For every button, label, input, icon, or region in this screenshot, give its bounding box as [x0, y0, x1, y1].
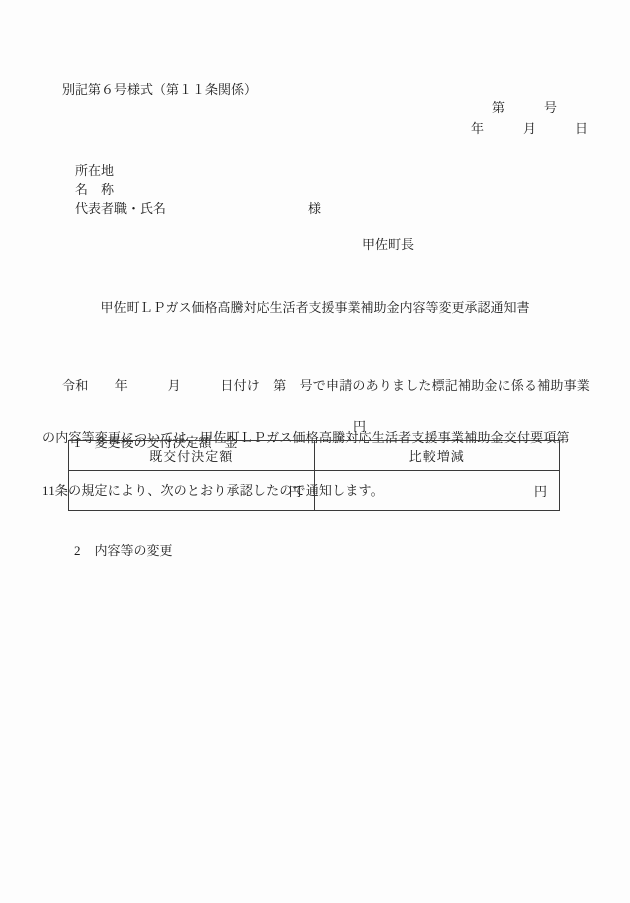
header-previous-grant-amount: 既交付決定額: [69, 441, 315, 471]
item-2-number: 2: [74, 543, 81, 558]
document-page: 別記第６号様式（第１１条関係） 第 号 年 月 日 所在地 名 称 代表者職・氏…: [0, 0, 630, 903]
amount-table: 既交付決定額 比較増減 円 円: [68, 440, 560, 511]
form-number: 別記第６号様式（第１１条関係）: [62, 82, 257, 98]
recipient-name-label: 名 称: [75, 182, 114, 198]
body-line-1: 令和 年 月 日付け 第 号で申請のありました標記補助金に係る補助事業: [42, 376, 594, 396]
header-comparison-change: 比較増減: [314, 441, 560, 471]
amount-table-header-row: 既交付決定額 比較増減: [69, 441, 560, 471]
item-2-line: 2内容等の変更: [61, 527, 173, 576]
item-1-unit-yen: 円: [353, 419, 366, 435]
recipient-address-label: 所在地: [75, 163, 114, 179]
sender-mayor: 甲佐町長: [362, 237, 414, 253]
recipient-representative-label: 代表者職・氏名: [75, 201, 166, 217]
cell-comparison-yen: 円: [314, 471, 560, 511]
cell-previous-grant-yen: 円: [69, 471, 315, 511]
document-number-blank: 第 号: [492, 100, 557, 116]
document-title: 甲佐町ＬＰガス価格高騰対応生活者支援事業補助金内容等変更承認通知書: [0, 297, 630, 316]
honorific-sama: 様: [308, 201, 321, 217]
item-2-label: 内容等の変更: [95, 543, 173, 558]
date-blank: 年 月 日: [471, 121, 588, 137]
amount-table-value-row: 円 円: [69, 471, 560, 511]
